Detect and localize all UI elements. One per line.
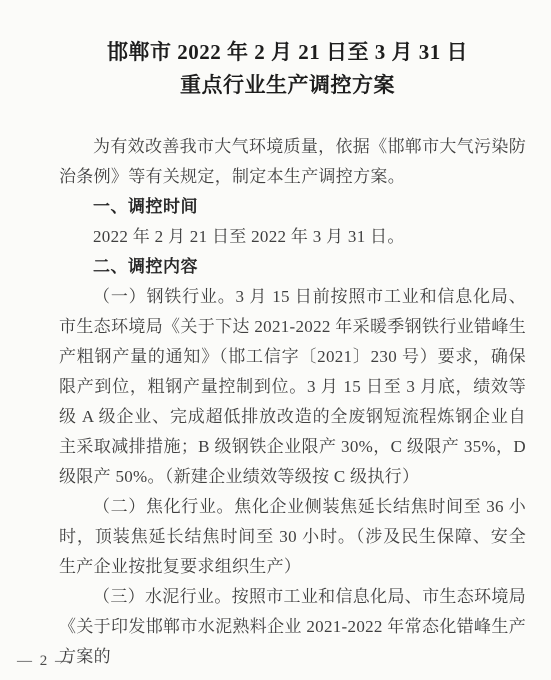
section-heading-control-time: 一、调控时间 bbox=[59, 192, 526, 222]
title-line-1: 邯郸市 2022 年 2 月 21 日至 3 月 31 日 bbox=[59, 36, 516, 69]
title-line-2: 重点行业生产调控方案 bbox=[59, 69, 516, 102]
document-page: 邯郸市 2022 年 2 月 21 日至 3 月 31 日 重点行业生产调控方案… bbox=[0, 0, 551, 680]
paragraph-control-period: 2022 年 2 月 21 日至 2022 年 3 月 31 日。 bbox=[59, 222, 526, 252]
page-number: — 2 — bbox=[17, 653, 72, 670]
paragraph-intro: 为有效改善我市大气环境质量，依据《邯郸市大气污染防治条例》等有关规定，制定本生产… bbox=[59, 132, 526, 192]
paragraph-cement-industry: （三）水泥行业。按照市工业和信息化局、市生态环境局《关于印发邯郸市水泥熟料企业 … bbox=[59, 582, 526, 672]
paragraph-coking-industry: （二）焦化行业。焦化企业侧装焦延长结焦时间至 36 小时，顶装焦延长结焦时间至 … bbox=[59, 492, 526, 582]
paragraph-steel-industry: （一）钢铁行业。3 月 15 日前按照市工业和信息化局、市生态环境局《关于下达 … bbox=[59, 282, 526, 492]
document-title: 邯郸市 2022 年 2 月 21 日至 3 月 31 日 重点行业生产调控方案 bbox=[59, 36, 516, 102]
section-heading-control-content: 二、调控内容 bbox=[59, 252, 526, 282]
